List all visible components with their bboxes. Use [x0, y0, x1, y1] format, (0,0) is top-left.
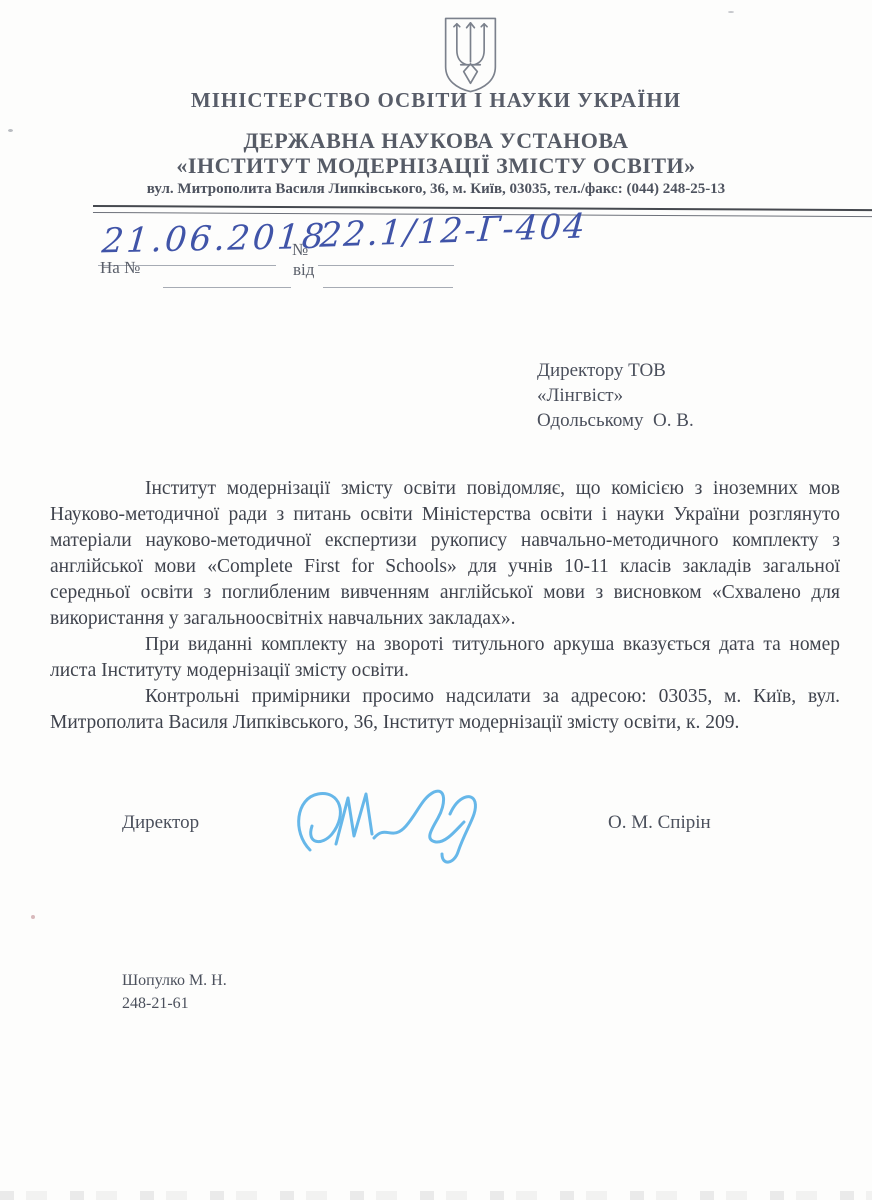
handwritten-signature-icon — [288, 780, 498, 880]
executor-name: Шопулко М. Н. — [122, 972, 227, 990]
scan-speck — [8, 129, 13, 132]
scan-speck — [728, 11, 734, 13]
executor-phone: 248-21-61 — [122, 995, 189, 1013]
handwritten-outgoing-number: 22.1/12-Г-404 — [319, 206, 588, 255]
scan-bottom-edge-noise — [0, 1191, 872, 1200]
body-paragraph-2: При виданні комплекту на звороті титульн… — [50, 632, 840, 684]
letter-body: Інститут модернізації змісту освіти пові… — [50, 476, 840, 736]
recipient-company: «Лінгвіст» — [537, 383, 694, 408]
institution-name-line1: ДЕРЖАВНА НАУКОВА УСТАНОВА — [0, 128, 872, 154]
scanned-letter-page: МІНІСТЕРСТВО ОСВІТИ І НАУКИ УКРАЇНИ ДЕРЖ… — [0, 0, 872, 1200]
recipient-block: Директору ТОВ «Лінгвіст» Одольському О. … — [537, 358, 694, 433]
institution-name-line2: «ІНСТИТУТ МОДЕРНІЗАЦІЇ ЗМІСТУ ОСВІТИ» — [0, 153, 872, 179]
institution-address: вул. Митрополита Василя Липківського, 36… — [0, 181, 872, 198]
reply-to-number-label: На № — [100, 258, 140, 278]
recipient-title: Директору ТОВ — [537, 358, 694, 383]
reply-number-blank-line — [163, 287, 291, 288]
scan-speck — [31, 915, 35, 919]
signer-name: О. М. Спірін — [608, 812, 711, 834]
body-paragraph-1: Інститут модернізації змісту освіти пові… — [50, 476, 840, 632]
ukraine-trident-emblem-icon — [441, 16, 500, 94]
outgoing-number-label: № — [292, 240, 308, 260]
reply-date-blank-line — [323, 287, 453, 288]
number-blank-line — [318, 265, 454, 266]
ministry-name: МІНІСТЕРСТВО ОСВІТИ І НАУКИ УКРАЇНИ — [0, 88, 872, 113]
signer-position-title: Директор — [122, 812, 199, 834]
body-paragraph-3: Контрольні примірники просимо надсилати … — [50, 684, 840, 736]
recipient-person: Одольському О. В. — [537, 408, 694, 433]
reply-from-date-label: від — [293, 260, 314, 280]
